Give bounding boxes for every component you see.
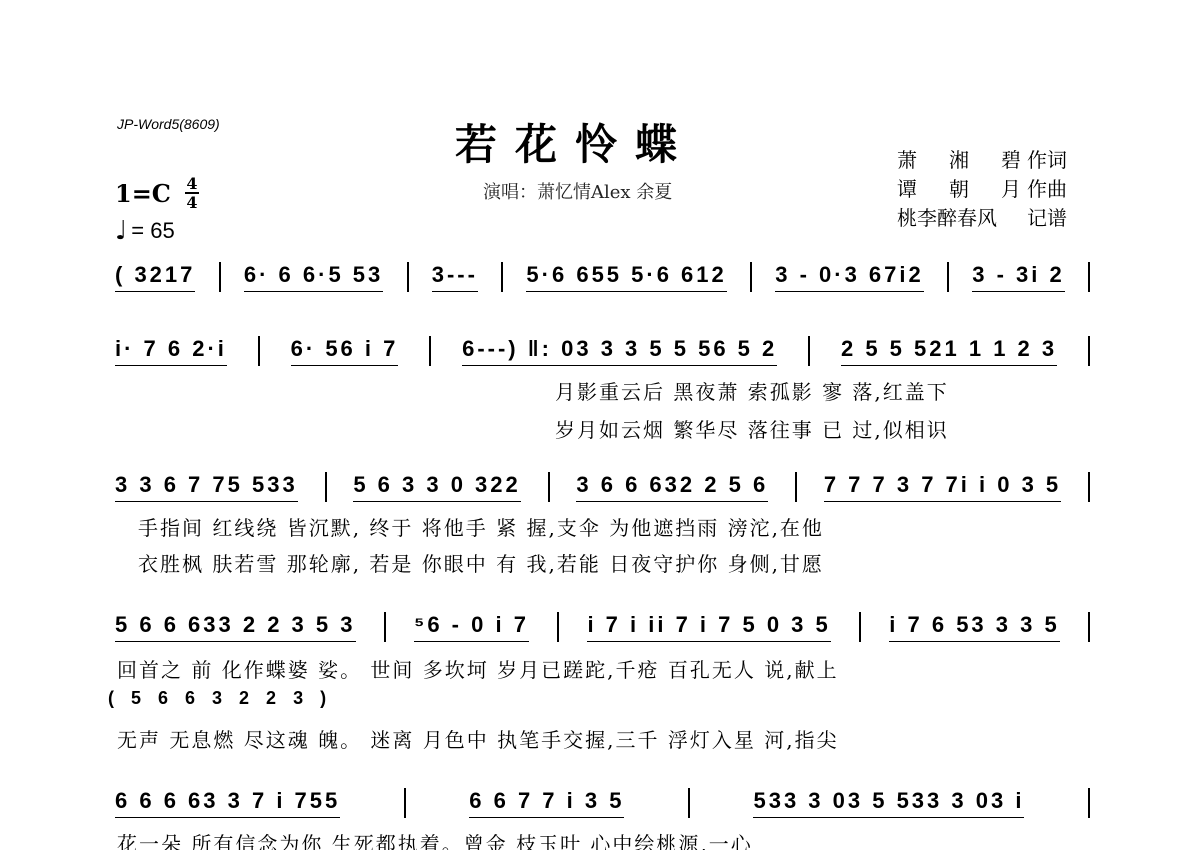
song-title: 若花怜蝶	[455, 112, 695, 172]
lyricist-char: 碧	[1001, 146, 1021, 175]
notation-line: 5 6 6 633 2 2 3 5 3⁵6 - 0 i 7i 7 i ii 7 …	[115, 612, 1090, 642]
bar-line	[501, 262, 503, 292]
measure: ⁵6 - 0 i 7	[414, 612, 529, 642]
bar-line	[219, 262, 221, 292]
measure: 3 - 3i 2	[972, 262, 1064, 292]
bar-line	[325, 472, 327, 502]
measure: 3 3 6 7 75 533	[115, 472, 298, 502]
bar-line	[1088, 788, 1090, 818]
bar-line	[859, 612, 861, 642]
measure: 3---	[432, 262, 478, 292]
composer-char: 谭	[897, 175, 917, 204]
bar-line	[1088, 612, 1090, 642]
key-signature: 1=C 4 4	[115, 176, 199, 210]
time-sig-bottom: 4	[186, 195, 197, 210]
bar-line	[407, 262, 409, 292]
bar-line	[1088, 262, 1090, 292]
composer-role: 作曲	[1027, 175, 1067, 204]
measure: 6 6 7 7 i 3 5	[469, 788, 624, 818]
lyric-line: 月影重云后 黑夜萧 索孤影 寥 落,红盖下	[555, 376, 949, 405]
bar-line	[1088, 472, 1090, 502]
measure: i 7 6 53 3 3 5	[889, 612, 1059, 642]
bar-line	[1088, 336, 1090, 366]
bar-line	[795, 472, 797, 502]
bar-line	[258, 336, 260, 366]
tempo-marking: ♩ = 65	[115, 216, 175, 246]
lyricist-char: 萧	[897, 146, 917, 175]
measure: 6· 56 i 7	[291, 336, 399, 366]
bar-line	[808, 336, 810, 366]
measure: 7 7 7 3 7 7i i 0 3 5	[824, 472, 1061, 502]
tempo-value: = 65	[131, 218, 174, 244]
bar-line	[557, 612, 559, 642]
notation-line: 3 3 6 7 75 5335 6 3 3 0 3223 6 6 632 2 5…	[115, 472, 1090, 502]
transcriber-credit: 桃李醉春风 记谱	[897, 204, 1067, 233]
measure: 5 6 3 3 0 322	[353, 472, 520, 502]
measure: 2 5 5 521 1 1 2 3	[841, 336, 1057, 366]
measure: 6 6 6 63 3 7 i 755	[115, 788, 340, 818]
measure: 3 - 0·3 67i2	[775, 262, 924, 292]
lyric-line: 手指间 红线绕 皆沉默, 终于 将他手 紧 握,支伞 为他遮挡雨 滂沱,在他	[138, 512, 824, 541]
bar-line	[750, 262, 752, 292]
bar-line	[947, 262, 949, 292]
bar-line	[404, 788, 406, 818]
lyric-line: 岁月如云烟 繁华尽 落往事 已 过,似相识	[555, 414, 949, 443]
lyric-line: 无声 无息燃 尽这魂 魄。 迷离 月色中 执笔手交握,三千 浮灯入星 河,指尖	[117, 724, 839, 753]
measure: 5·6 655 5·6 612	[526, 262, 726, 292]
bar-line	[429, 336, 431, 366]
measure: 6---) ‖: 03 3 3 5 5 56 5 2	[462, 336, 777, 366]
measure: ( 3217	[115, 262, 195, 292]
quarter-note-icon: ♩	[115, 216, 127, 246]
lyric-line: 回首之 前 化作蝶婆 娑。 世间 多坎坷 岁月已蹉跎,千疮 百孔无人 说,献上	[117, 654, 839, 683]
bar-line	[548, 472, 550, 502]
transcriber-name: 桃李醉春风	[897, 204, 1021, 233]
measure: 6· 6 6·5 53	[244, 262, 383, 292]
software-watermark: JP-Word5(8609)	[117, 116, 220, 132]
notation-line: 6 6 6 63 3 7 i 7556 6 7 7 i 3 5533 3 03 …	[115, 788, 1090, 818]
transcriber-role: 记谱	[1027, 204, 1067, 233]
measure: 3 6 6 632 2 5 6	[576, 472, 768, 502]
notation-line: ( 32176· 6 6·5 533---5·6 655 5·6 6123 - …	[115, 262, 1090, 292]
key-label: 1=C	[115, 179, 171, 208]
time-signature: 4 4	[185, 176, 199, 210]
singers-line: 演唱：萧忆情Alex 余夏	[483, 178, 672, 204]
lyricist-char: 湘	[949, 146, 969, 175]
measure: i· 7 6 2·i	[115, 336, 227, 366]
measure: i 7 i ii 7 i 7 5 0 3 5	[587, 612, 830, 642]
lyric-line: 花一朵 所有信念为你 生死都执着。曾金 枝玉叶 心中绘桃源,一心	[117, 828, 753, 850]
bar-line	[688, 788, 690, 818]
bar-line	[384, 612, 386, 642]
lyricist-credit: 萧 湘 碧 作词	[897, 146, 1067, 175]
time-sig-top: 4	[186, 176, 197, 191]
measure: 533 3 03 5 533 3 03 i	[753, 788, 1024, 818]
measure: 5 6 6 633 2 2 3 5 3	[115, 612, 356, 642]
notation-line: i· 7 6 2·i6· 56 i 76---) ‖: 03 3 3 5 5 5…	[115, 336, 1090, 366]
lyricist-role: 作词	[1027, 146, 1067, 175]
lyric-line: 衣胜枫 肤若雪 那轮廓, 若是 你眼中 有 我,若能 日夜守护你 身侧,甘愿	[138, 548, 824, 577]
composer-char: 月	[1001, 175, 1021, 204]
composer-credit: 谭 朝 月 作曲	[897, 175, 1067, 204]
credits-block: 萧 湘 碧 作词 谭 朝 月 作曲 桃李醉春风 记谱	[897, 146, 1067, 233]
alternate-notation: ( 5 6 6 3 2 2 3 )	[108, 688, 332, 709]
composer-char: 朝	[949, 175, 969, 204]
